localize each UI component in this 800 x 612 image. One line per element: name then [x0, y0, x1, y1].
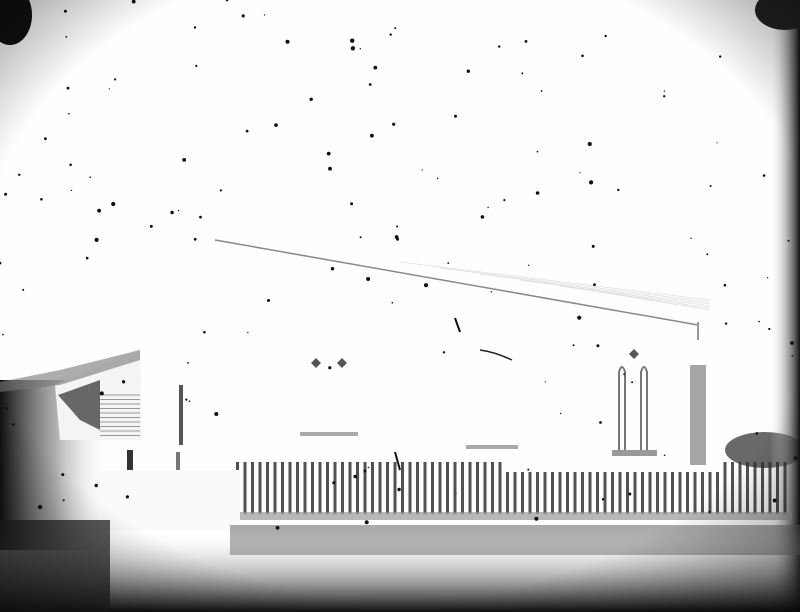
photo-scene [0, 0, 800, 612]
vignette [0, 0, 800, 612]
historic-photograph [0, 0, 800, 612]
